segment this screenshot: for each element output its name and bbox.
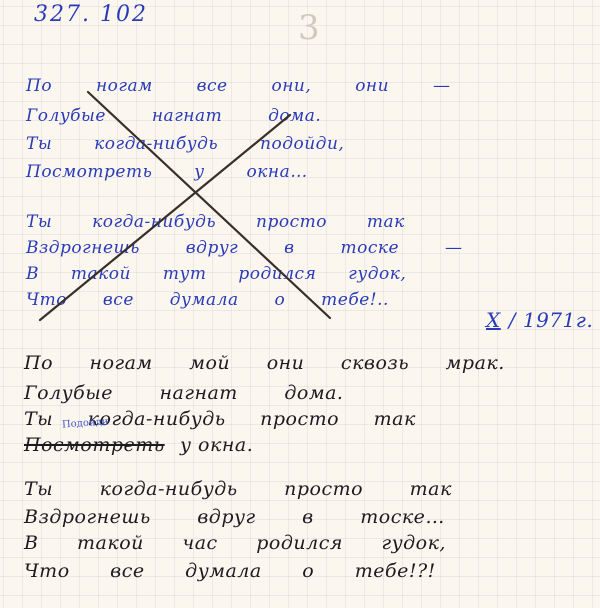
draft1-line: Ты когда-нибудь подойди, [26,134,344,154]
draft2-line: Посмотреть [24,434,165,456]
draft2-line: В такой час родился гудок, [24,532,446,554]
draft2-line: Вздрогнешь вдруг в тоске… [24,506,445,528]
date-year: 1971г. [523,308,593,332]
manuscript-page: 327. 102 3 По ногам все они, они — Голуб… [0,0,600,608]
draft1-line: Вздрогнешь вдруг в тоске — [26,238,462,258]
struck-word: Посмотреть [24,434,165,456]
draft2-line: Что все думала о тебе!?! [24,560,436,582]
draft2-line: Ты когда-нибудь просто так [24,478,452,500]
draft1-line: Посмотреть у окна… [26,162,308,182]
page-mark: 3 [298,8,320,48]
draft1-line: Голубые нагнат дома. [26,106,321,126]
archive-number: 327. 102 [34,2,148,27]
draft1-line: По ногам все они, они — [26,76,450,96]
draft2-line: По ногам мой они сквозь мрак. [24,352,505,374]
date: X/ 1971г. [486,308,593,332]
draft1-line: Ты когда-нибудь просто так [26,212,405,232]
draft1-line: Что все думала о тебе!.. [26,290,389,310]
date-month: X [486,308,501,332]
draft2-line-rest: у окна. [180,434,253,456]
draft2-line: Голубые нагнат дома. [24,382,343,404]
draft1-line: В такой тут родился гудок, [26,264,406,284]
